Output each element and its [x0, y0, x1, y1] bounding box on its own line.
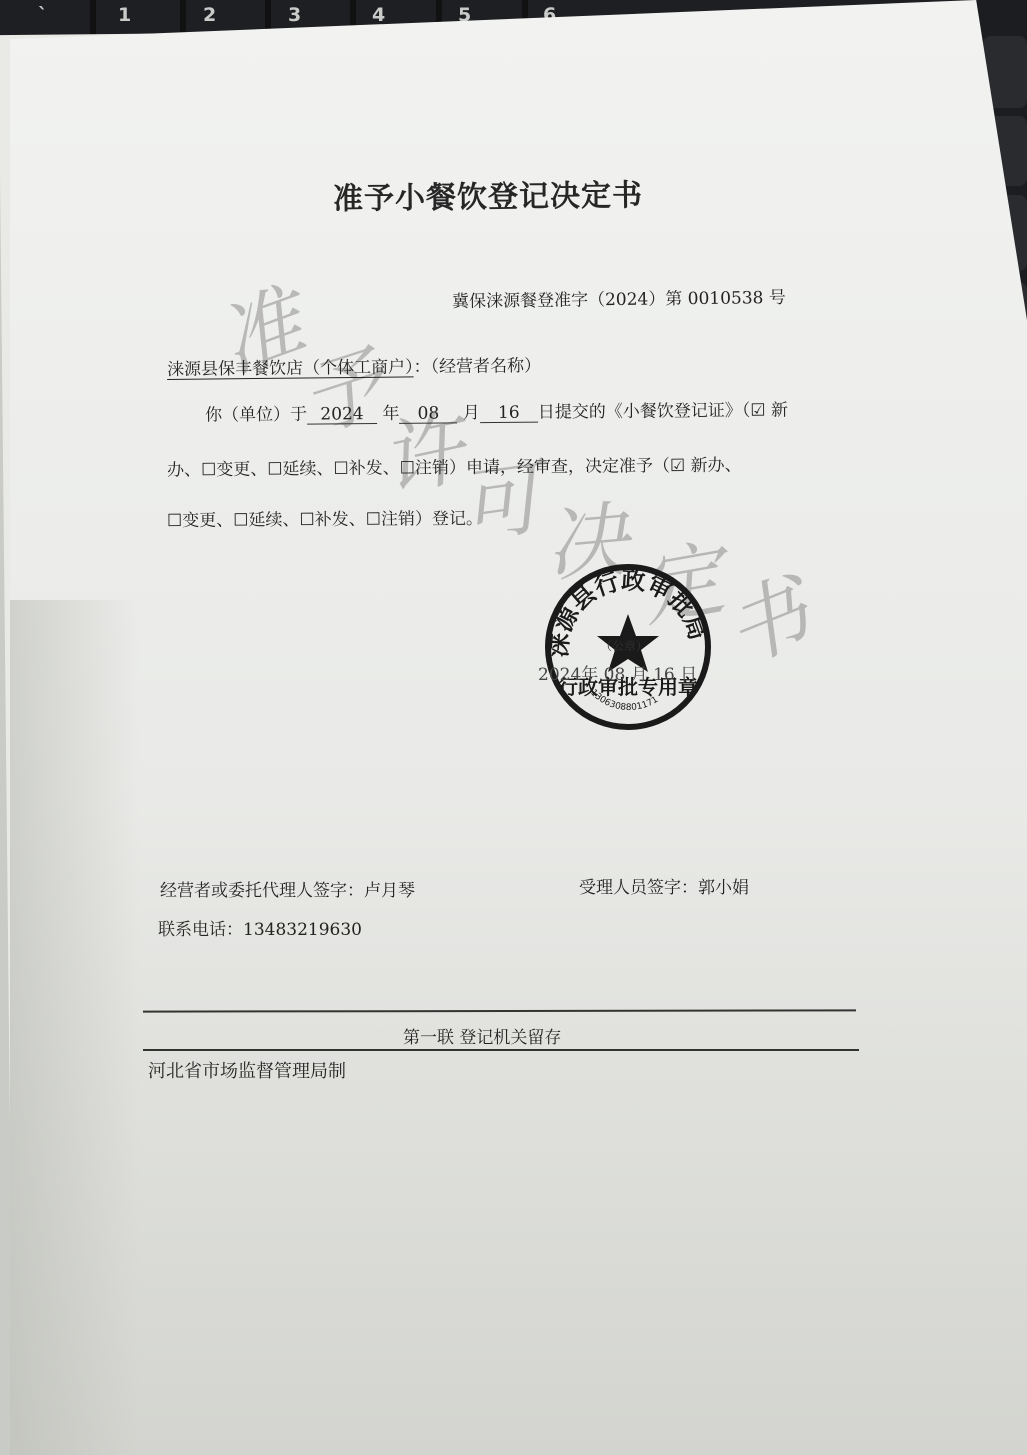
paragraph-line-3: ☐变更、☐延续、☐补发、☐注销）登记。	[167, 504, 483, 531]
divider-bottom	[143, 1049, 859, 1051]
submit-year: 2024	[307, 405, 377, 425]
key-1: 1	[118, 4, 131, 26]
official-seal: 涞源县行政审批局 （公章） 行政审批专用章 1306308801171	[540, 562, 716, 732]
key-backtick: `	[38, 4, 48, 26]
shadow	[10, 600, 140, 1455]
paragraph-line-1: 你（单位）于2024 年08 月16日提交的《小餐饮登记证》（☑ 新	[205, 395, 788, 425]
operator-suffix: ：（经营者名称）	[413, 356, 541, 377]
key-4: 4	[372, 4, 385, 26]
para-prefix: 你（单位）于	[205, 405, 307, 426]
day-label: 日提交的《小餐饮登记证》（☑ 新	[538, 400, 788, 422]
operator-line: 涞源县保丰餐饮店（个体工商户）：（经营者名称）	[167, 351, 541, 380]
key-2: 2	[203, 4, 216, 26]
form-maker: 河北省市场监督管理局制	[148, 1057, 346, 1083]
contact-phone: 联系电话：13483219630	[158, 915, 362, 940]
receiver-signature: 受理人员签字：郭小娟	[579, 873, 749, 898]
submit-month: 08	[399, 404, 457, 424]
paragraph-line-2: 办、☐变更、☐延续、☐补发、☐注销）申请，经审查，决定准予（☑ 新办、	[167, 450, 742, 480]
operator-name: 涞源县保丰餐饮店（个体工商户）	[167, 357, 414, 380]
document-title: 准予小餐饮登记决定书	[333, 170, 644, 218]
copy-label: 第一联 登记机关留存	[403, 1023, 561, 1048]
seal-inner: （公章）	[600, 638, 648, 653]
document-page	[10, 0, 1027, 1455]
operator-signature: 经营者或委托代理人签字：卢月琴	[160, 876, 415, 901]
year-label: 年	[382, 404, 399, 424]
document-number: 冀保涞源餐登准字（2024）第 0010538 号	[452, 283, 786, 312]
submit-day: 16	[480, 404, 538, 424]
month-label: 月	[463, 403, 480, 423]
issue-date: 2024年 08 月 16 日	[538, 660, 697, 685]
key-3: 3	[288, 4, 301, 26]
